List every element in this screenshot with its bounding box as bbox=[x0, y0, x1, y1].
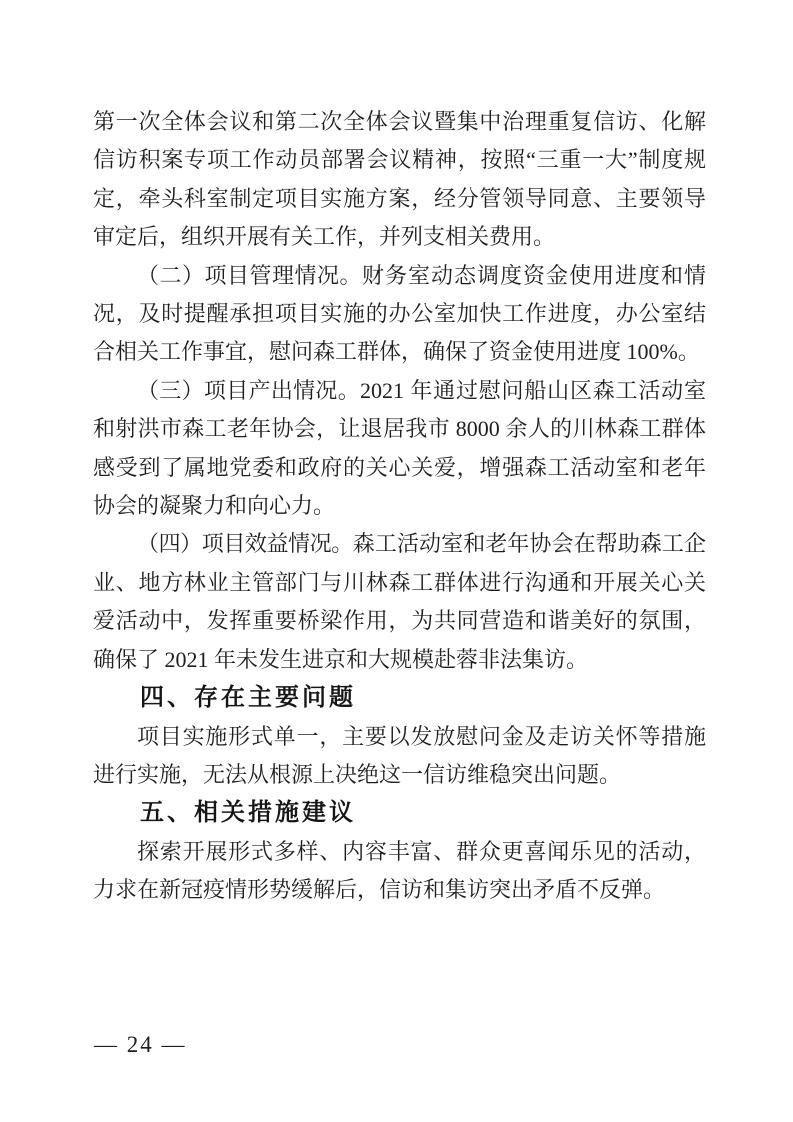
paragraph: 项目实施形式单一，主要以发放慰问金及走访关怀等措施进行实施，无法从根源上决绝这一… bbox=[93, 718, 706, 795]
document-body: 第一次全体会议和第二次全体会议暨集中治理重复信访、化解信访积案专项工作动员部署会… bbox=[93, 103, 706, 910]
sub-item-paragraph-4: （四）项目效益情况。森工活动室和老年协会在帮助森工企业、地方林业主管部门与川林森… bbox=[93, 525, 706, 679]
paragraph-text: 探索开展形式多样、内容丰富、群众更喜闻乐见的活动，力求在新冠疫情形势缓解后，信访… bbox=[93, 839, 706, 902]
paragraph: 探索开展形式多样、内容丰富、群众更喜闻乐见的活动，力求在新冠疫情形势缓解后，信访… bbox=[93, 833, 706, 910]
page-number: — 24 — bbox=[94, 1032, 187, 1058]
sub-item-lead: （二）项目管理情况。 bbox=[137, 263, 362, 288]
section-heading-4: 四、存在主要问题 bbox=[93, 679, 706, 717]
paragraph-text: 项目实施形式单一，主要以发放慰问金及走访关怀等措施进行实施，无法从根源上决绝这一… bbox=[93, 724, 706, 787]
paragraph-text: 第一次全体会议和第二次全体会议暨集中治理重复信访、化解信访积案专项工作动员部署会… bbox=[93, 109, 706, 249]
sub-item-lead: （四）项目效益情况。 bbox=[137, 531, 353, 556]
section-heading-5: 五、相关措施建议 bbox=[93, 794, 706, 832]
paragraph-continuation: 第一次全体会议和第二次全体会议暨集中治理重复信访、化解信访积案专项工作动员部署会… bbox=[93, 103, 706, 257]
sub-item-paragraph-2: （二）项目管理情况。财务室动态调度资金使用进度和情况，及时提醒承担项目实施的办公… bbox=[93, 257, 706, 372]
document-page: 第一次全体会议和第二次全体会议暨集中治理重复信访、化解信访积案专项工作动员部署会… bbox=[0, 0, 793, 1122]
sub-item-lead: （三）项目产出情况。 bbox=[137, 378, 360, 403]
sub-item-paragraph-3: （三）项目产出情况。2021 年通过慰问船山区森工活动室和射洪市森工老年协会，让… bbox=[93, 372, 706, 526]
